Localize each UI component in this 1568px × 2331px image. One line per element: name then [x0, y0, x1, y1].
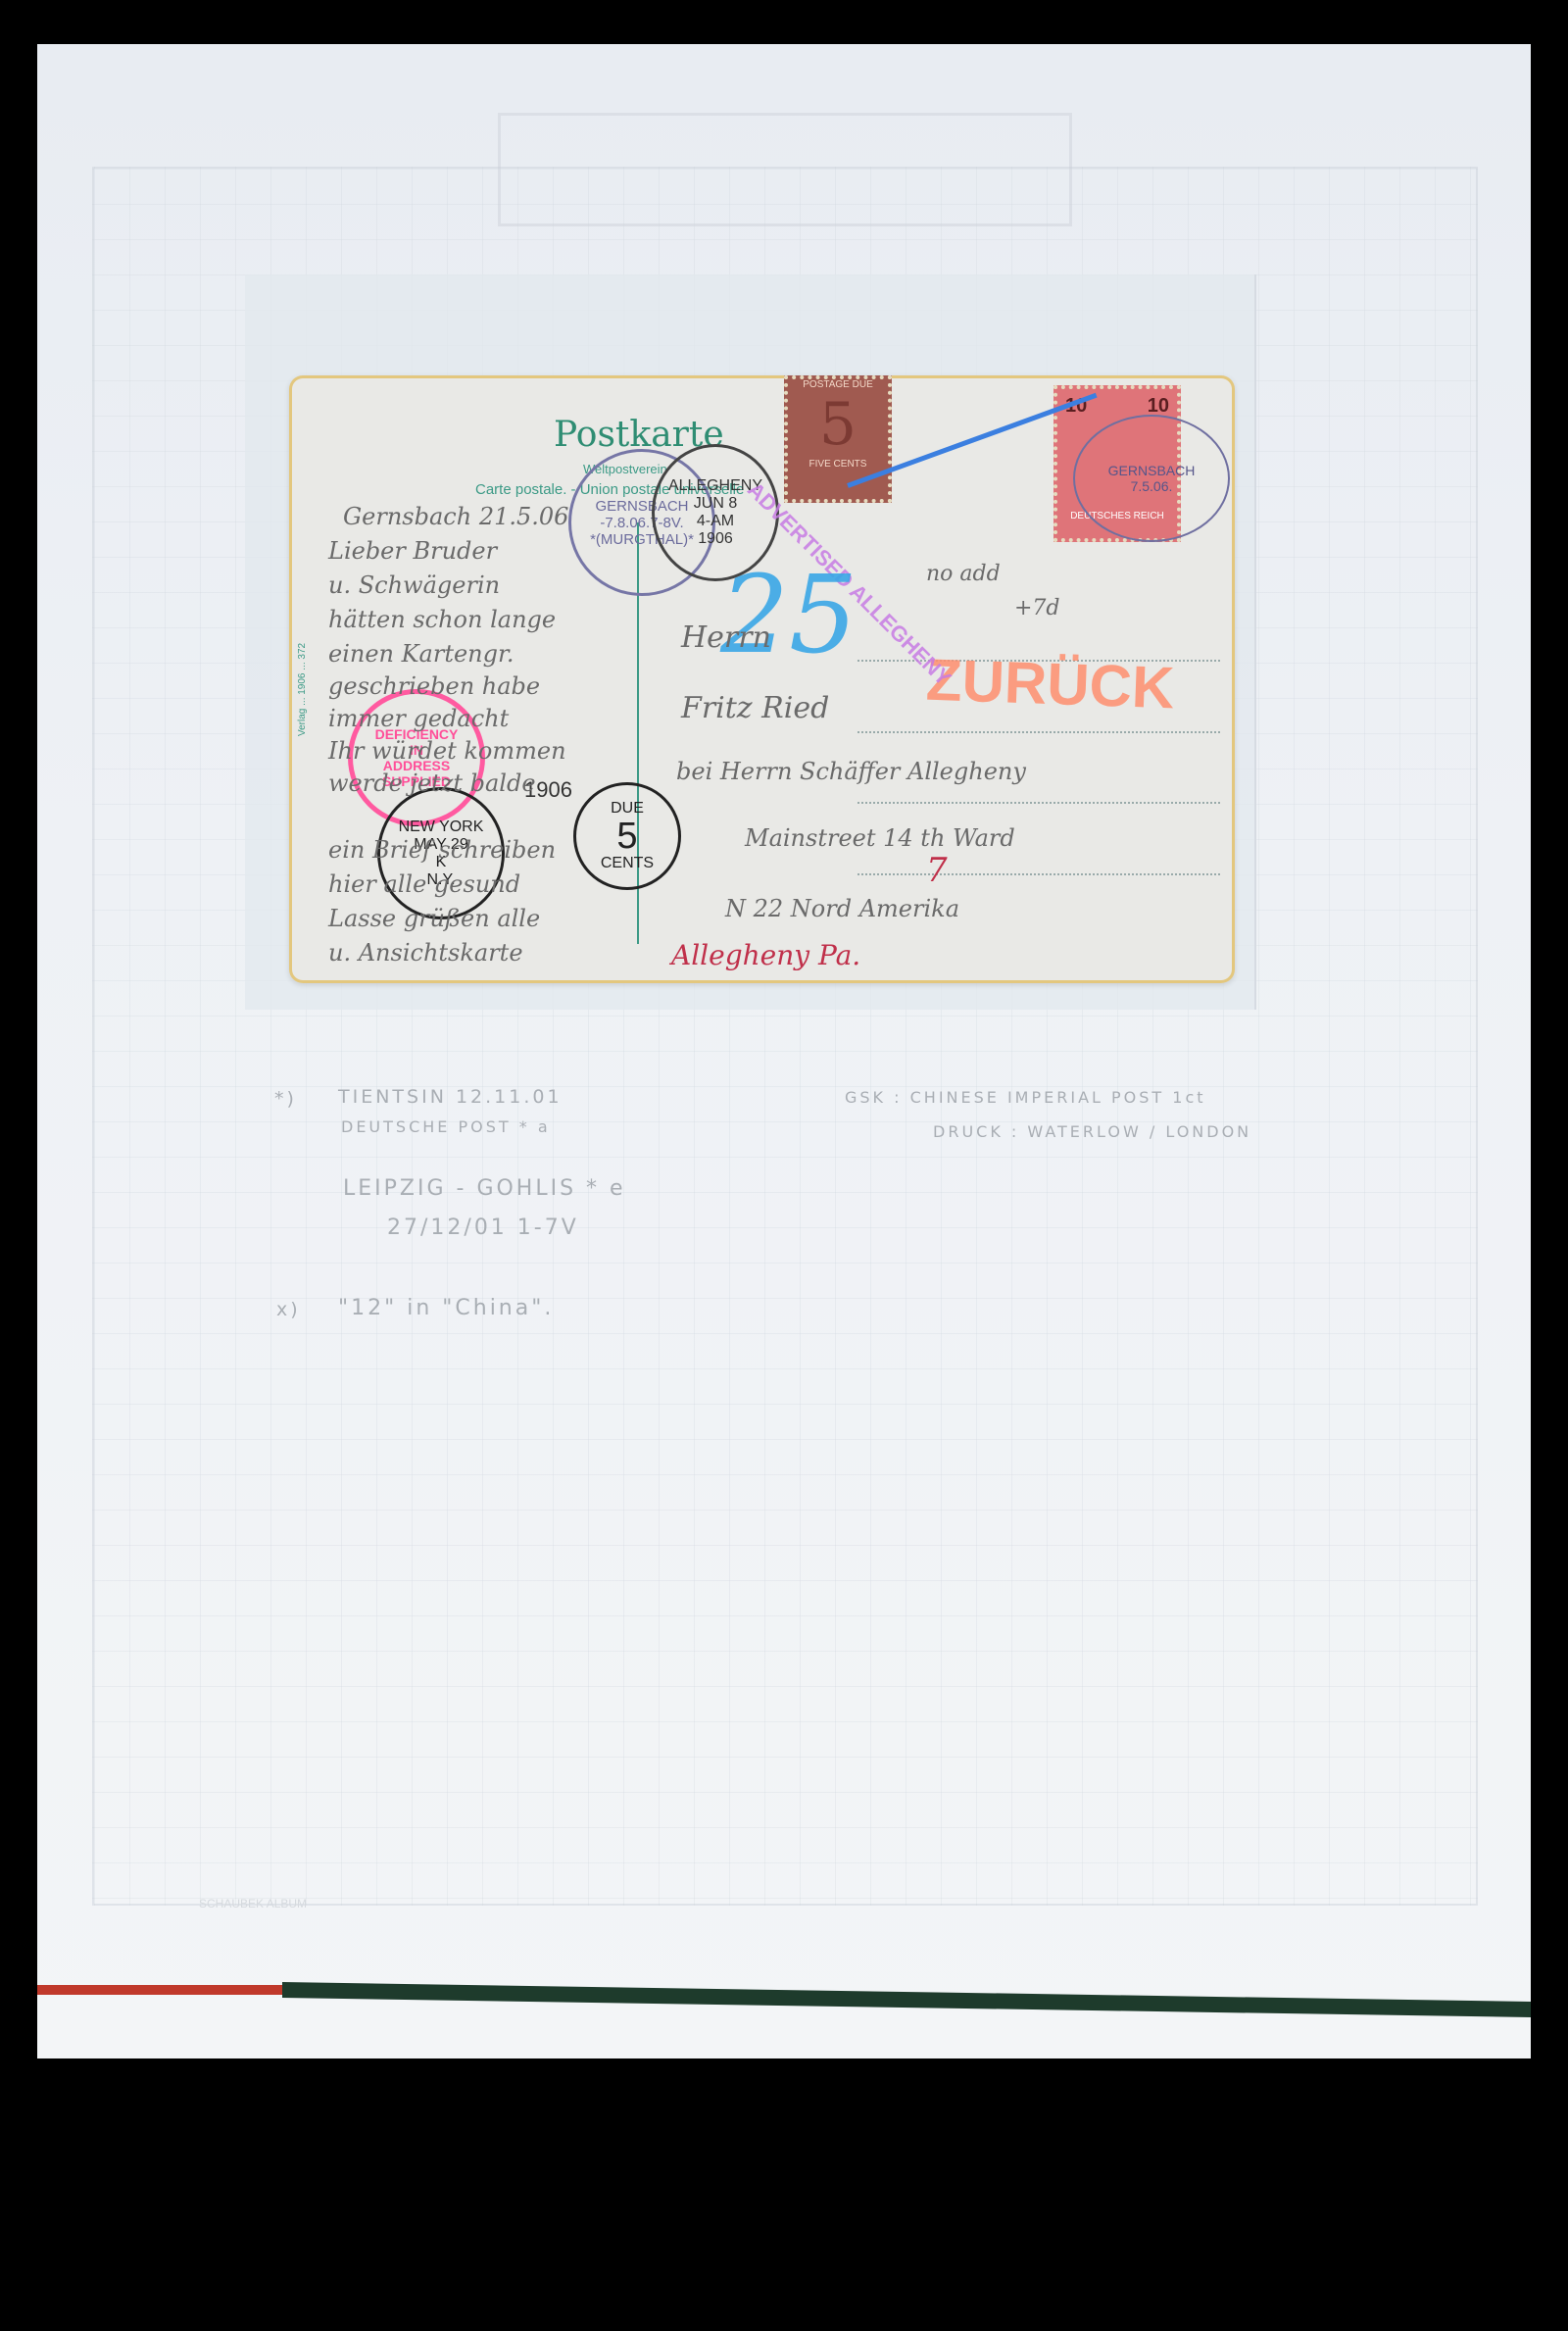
message-line: u. Ansichtskarte: [328, 939, 523, 967]
postmark-date: 7.5.06.: [1131, 478, 1173, 494]
zuruck-handstamp: ZURÜCK: [925, 646, 1176, 722]
pencil-note: +7d: [1014, 596, 1060, 620]
message-line: u. Schwägerin: [328, 571, 500, 599]
note-line: "12" in "China".: [338, 1296, 554, 1320]
postcard-side-print: Verlag ... 1906 ... 372: [297, 415, 308, 964]
address-line: [857, 873, 1220, 875]
red-crayon-number: 7: [926, 851, 948, 890]
message-line: Ihr würdet kommen: [328, 737, 566, 765]
postmark-value: 5: [616, 818, 637, 855]
note-marker: *): [274, 1088, 297, 1110]
us-postage-due-stamp: POSTAGE DUE 5 FIVE CENTS: [784, 375, 892, 503]
address-line-text: N 22 Nord Amerika: [725, 895, 959, 922]
note-line: LEIPZIG - GOHLIS * e: [343, 1176, 626, 1201]
note-line: DRUCK : WATERLOW / LONDON: [933, 1122, 1251, 1141]
spine-red-band: [37, 1985, 282, 1995]
address-line-text: bei Herrn Schäffer Allegheny: [676, 758, 1026, 785]
message-line: Lasse grüßen alle: [328, 905, 540, 932]
blue-crayon-marking: 25: [720, 552, 857, 677]
note-marker: x): [276, 1299, 301, 1320]
due-5-cents-handstamp: DUE 5 CENTS: [573, 782, 681, 890]
message-line: hätten schon lange: [328, 606, 556, 633]
stamp-top-text: POSTAGE DUE: [788, 379, 888, 390]
note-line: DEUTSCHE POST * a: [341, 1117, 551, 1136]
album-footer-print: SCHAUBEK ALBUM: [199, 1897, 307, 1910]
address-line: [857, 731, 1220, 733]
address-line-red: Allegheny Pa.: [671, 939, 860, 971]
stamp-bottom-text: FIVE CENTS: [788, 459, 888, 470]
message-line: einen Kartengr.: [328, 640, 514, 668]
postmark-text: CENTS: [601, 855, 654, 872]
note-line: GSK : CHINESE IMPERIAL POST 1ct: [845, 1088, 1206, 1107]
postmark-text: GERNSBACH: [1108, 463, 1196, 478]
message-line: hier alle gesund: [328, 870, 520, 898]
postmark-time: 4-AM: [697, 513, 734, 530]
postcard: Verlag ... 1906 ... 372 Postkarte Weltpo…: [289, 375, 1235, 983]
address-line: [857, 802, 1220, 804]
pencil-note: no add: [926, 562, 1001, 586]
address-line-text: Herrn: [681, 620, 771, 655]
german-postmark: GERNSBACH 7.5.06.: [1073, 415, 1230, 542]
note-line: TIENTSIN 12.11.01: [338, 1086, 563, 1108]
postmark-year: 1906: [698, 530, 733, 548]
message-line: immer gedacht: [328, 705, 509, 732]
message-line: Gernsbach 21.5.06: [343, 503, 568, 530]
postmark-date: JUN 8: [694, 495, 737, 513]
postmark-text: NEW YORK: [399, 818, 484, 836]
message-line: ein Brief schreiben: [328, 836, 556, 864]
message-line: werde jetzt balde: [328, 769, 536, 797]
message-line: geschrieben habe: [328, 672, 540, 700]
stamp-value: 5: [788, 390, 888, 459]
address-line-text: Fritz Ried: [681, 691, 829, 725]
address-line-text: Mainstreet 14 th Ward: [745, 824, 1015, 852]
note-line: 27/12/01 1-7V: [387, 1215, 579, 1240]
message-line: Lieber Bruder: [328, 537, 497, 565]
album-spine-edge: [0, 1980, 1531, 2009]
